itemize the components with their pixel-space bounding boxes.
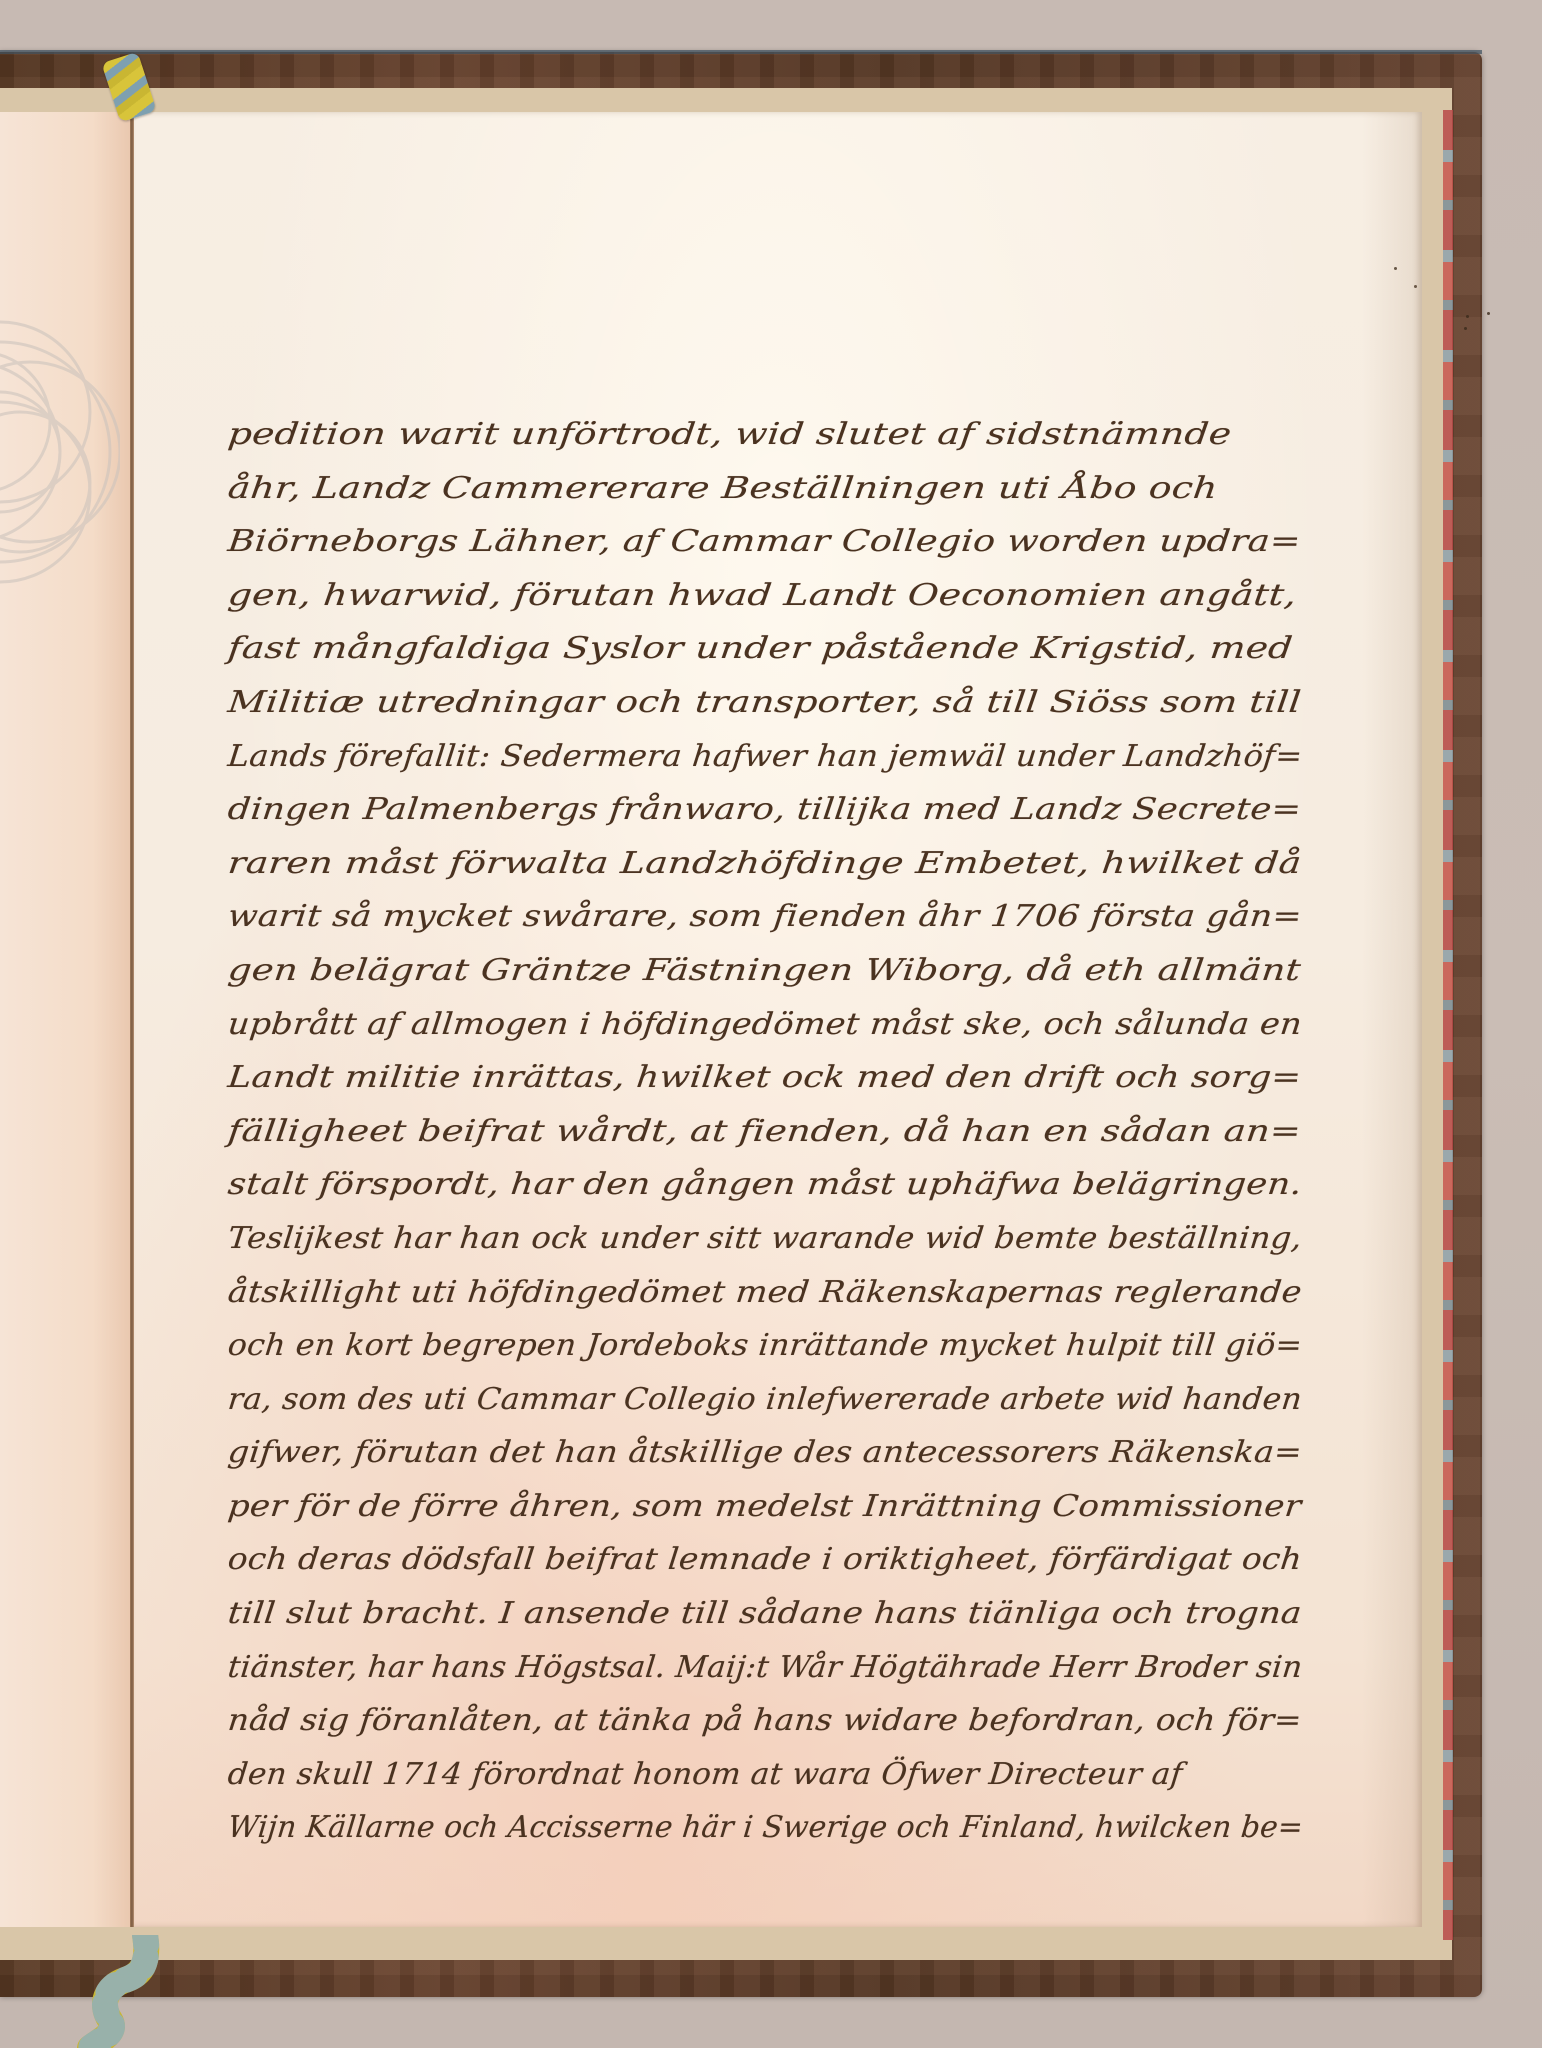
manuscript-line: per för de förre åhren, som medelst Inrä… — [225, 1480, 1304, 1534]
manuscript-line: fast mångfaldiga Syslor under påstående … — [225, 622, 1295, 676]
manuscript-line: gifwer, förutan det han åtskillige des a… — [225, 1426, 1305, 1480]
manuscript-line: Teslijkest har han ock under sitt warand… — [225, 1212, 1304, 1266]
manuscript-line: stalt förspordt, har den gången måst uph… — [225, 1158, 1304, 1212]
manuscript-line: och deras dödsfall beifrat lemnade i ori… — [225, 1533, 1304, 1587]
manuscript-line: till slut bracht. I ansende till sådane … — [225, 1587, 1304, 1641]
manuscript-line: Biörneborgs Lähner, af Cammar Collegio w… — [225, 515, 1303, 569]
manuscript-line: warit så mycket swårare, som fienden åhr… — [225, 890, 1304, 944]
manuscript-line: nåd sig föranlåten, at tänka på hans wid… — [225, 1694, 1304, 1748]
marbled-edge — [1443, 110, 1453, 1940]
manuscript-line: upbrått af allmogen i höfdingedömet måst… — [225, 998, 1304, 1052]
binding-edge — [0, 50, 1482, 54]
manuscript-line: den skull 1714 förordnat honom at wara Ö… — [225, 1748, 1185, 1802]
left-page — [0, 112, 132, 1927]
manuscript-line: och en kort begrepen Jordeboks inrättand… — [225, 1319, 1305, 1373]
manuscript-line: gen, hwarwid, förutan hwad Landt Oeconom… — [225, 569, 1299, 623]
manuscript-line: ra, som des uti Cammar Collegio inlefwer… — [225, 1373, 1304, 1427]
manuscript-line: Militiæ utredningar och transporter, så … — [225, 676, 1303, 730]
manuscript-line: gen belägrat Gräntze Fästningen Wiborg, … — [225, 944, 1303, 998]
manuscript-line: åhr, Landz Cammererare Beställningen uti… — [225, 462, 1220, 516]
scanned-book-spread: pedition warit unförtrodt, wid slutet af… — [0, 0, 1542, 2048]
manuscript-line: dingen Palmenbergs frånwaro, tillijka me… — [225, 783, 1304, 837]
manuscript-line: Landt militie inrättas, hwilket ock med … — [225, 1051, 1304, 1105]
manuscript-line: raren måst förwalta Landzhöfdinge Embete… — [225, 837, 1304, 891]
manuscript-line: åtskillight uti höfdingedömet med Räkens… — [225, 1266, 1304, 1320]
manuscript-text: pedition warit unförtrodt, wid slutet af… — [228, 408, 1318, 1855]
manuscript-line: fälligheet beifrat wårdt, at fienden, då… — [225, 1105, 1304, 1159]
manuscript-line: pedition warit unförtrodt, wid slutet af… — [225, 408, 1234, 462]
manuscript-line: Wijn Källarne och Accisserne här i Sweri… — [225, 1801, 1306, 1855]
manuscript-line: Lands förefallit: Sedermera hafwer han j… — [225, 730, 1305, 784]
bookmark-ribbon-bottom — [70, 1935, 180, 2048]
ornament-showthrough-icon — [0, 272, 120, 632]
manuscript-line: tiänster, har hans Högstsal. Maij:t Wår … — [225, 1641, 1305, 1695]
